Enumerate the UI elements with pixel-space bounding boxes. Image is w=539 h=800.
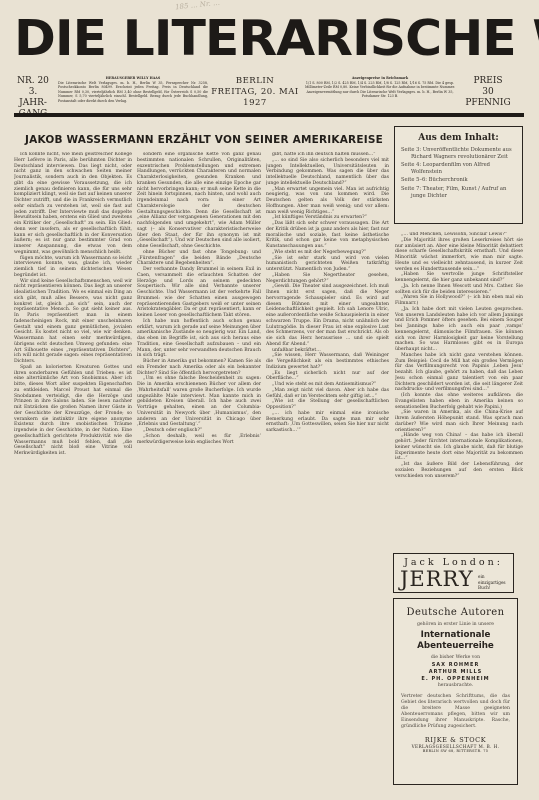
- ad-series-title: Internationale Abenteuerreihe: [394, 630, 517, 652]
- ad-series-title-2: Abenteuerreihe: [394, 641, 517, 652]
- article-paragraph: „Waren Sie in Hollywood?“ (– ich bin ebe…: [395, 295, 523, 307]
- article-paragraph: „Ja. Ich nenne Ihnen Wescott und Mrs. Ca…: [395, 284, 523, 296]
- article-paragraph: fügen möchte, warum ich Wassermann so le…: [14, 256, 132, 279]
- issue-year-1: 3. JAHR-: [14, 87, 52, 109]
- ad-author: SAX ROHMER: [394, 662, 517, 669]
- article-paragraph: Ich habe nun hoffentlich auch schon gena…: [137, 319, 261, 359]
- article-paragraph: „Und wie steht es mit dem Antisemitismus…: [266, 382, 389, 388]
- article-paragraph: „… so sind Sie also sicherlich besonders…: [266, 158, 389, 187]
- article-paragraph: „… ich habe mir einmal eine ironische Be…: [266, 411, 389, 434]
- article-paragraph: „Hände weg von China! – das habe ich übe…: [395, 433, 523, 462]
- article-paragraph: Spaß an kolorierten Kreaturen Gottes und…: [14, 365, 132, 457]
- dateline: BERLIN FREITAG, 20. MAI 1927: [210, 76, 300, 109]
- ad-abenteuerreihe: Deutsche Autoren gehören in erster Linie…: [393, 598, 518, 785]
- article-column-2: sondern eine organische Kette von ganz g…: [137, 152, 261, 792]
- article-paragraph: „Haben Sie wertvolle junge Schriftstelle…: [395, 272, 523, 284]
- ad-line-4: herausbrachte.: [394, 683, 517, 688]
- article-paragraph: „Sie waren in Amerika, als die China-Kri…: [395, 410, 523, 433]
- ad-body: Vertreter deutschen Schrifttums, die das…: [401, 694, 510, 730]
- contents-title: Aus dem Inhalt:: [395, 133, 522, 143]
- ad-jerry: Jack London: JERRY ein einzigartiges Buc…: [393, 553, 514, 593]
- ad-line-1: Deutsche Autoren: [394, 607, 517, 618]
- ad-publisher: RIJKE & STOCK: [394, 736, 517, 744]
- article-column-4: „… und Mencken, Lewisohn, Sinclair Lewis…: [395, 232, 523, 522]
- ad-series-title-1: Internationale: [394, 630, 517, 641]
- contents-item: Seite 4: Leopardenfilm von Alfred Wolfen…: [401, 162, 516, 175]
- contents-item: Seite 5–6: Bücherchronik: [401, 177, 516, 184]
- article-headline: JAKOB WASSERMANN ERZÄHLT VON SEINER AMER…: [14, 134, 394, 146]
- ad-author: E. PH. OPPENHEIM: [394, 676, 517, 683]
- article-paragraph: „Man zeigt nicht viel davon. Aber ich ha…: [266, 388, 389, 400]
- ad-rates-text: 1/1 S. 800 RM, 1/2 S. 425 RM, 1/4 S. 225…: [305, 81, 455, 99]
- masthead-rule: [14, 113, 524, 117]
- article-paragraph: „Das läßt sich sehr schwer voraussagen. …: [266, 221, 389, 250]
- article-paragraph: Wir sind keine Gesellschaftsmenschen, we…: [14, 279, 132, 365]
- contents-list: Seite 3: Unveröffentlichte Dokumente aus…: [395, 147, 522, 199]
- publisher-info: HERAUSGEBER WILLY HAAS Die Literarische …: [58, 76, 208, 103]
- dateline-city: BERLIN: [210, 76, 300, 87]
- article-paragraph: Ich könnte nicht, wie mein geistreicher …: [14, 152, 132, 256]
- article-paragraph: „Haben Sie Negertheater gesehen, Negerdi…: [266, 273, 389, 285]
- contents-item: Seite 7: Theater, Film, Kunst / Aufruf a…: [401, 186, 516, 199]
- article-paragraph: „Sie wissen, Herr Wassermann, daß Weinin…: [266, 353, 389, 370]
- article-paragraph: Bücher in Amerika gut bekommen? Kamen Si…: [137, 359, 261, 376]
- ad-line-2: gehören in erster Linie in unsere: [394, 622, 517, 627]
- contents-item: Seite 3: Unveröffentlichte Dokumente aus…: [401, 147, 516, 160]
- newspaper-page: 185 … Nr. … DIE LITERARISCHE WELT NR. 20…: [0, 0, 539, 800]
- issue-number: NR. 20: [14, 76, 52, 87]
- article-column-3: gibt, hätte ich ihn deutsch halten müsse…: [266, 152, 389, 792]
- article-paragraph: „Ja. Ich habe dort mit vielen Leuten ges…: [395, 307, 523, 353]
- dateline-date: FREITAG, 20. MAI: [210, 87, 300, 98]
- article-paragraph: „Sie ist sehr stark und wird von vielen …: [266, 256, 389, 273]
- ad-author: ARTHUR MILLS: [394, 669, 517, 676]
- ad-jerry-tagline: ein einzigartiges Buch!: [478, 574, 510, 591]
- article-paragraph: ohne Bücher und fast ohne Tongebung: und…: [137, 250, 261, 267]
- ad-authors: SAX ROHMER ARTHUR MILLS E. PH. OPPENHEIM: [394, 662, 517, 683]
- article-paragraph: „Man erwartet ungemein viel. Man ist auf…: [266, 187, 389, 216]
- article-paragraph: „Wie ist die Stellung der gesellschaftli…: [266, 399, 389, 411]
- publisher-text: Die Literarische Welt Verlagsges. m. b. …: [58, 81, 208, 104]
- article-paragraph: (Ich konnte das ohne weiteres aufklären:…: [395, 393, 523, 410]
- article-paragraph: Manches habe ich nicht ganz verstehen kö…: [395, 353, 523, 393]
- ad-line-3: die bisher Werke von: [394, 655, 517, 660]
- price: PREIS 30 PFENNIG: [458, 76, 518, 109]
- article-paragraph: „Gewiß. Die Theater sind ausgezeichnet. …: [266, 284, 389, 347]
- ad-rates: Anzeigenpreise in Reichsmark 1/1 S. 800 …: [305, 76, 455, 99]
- article-paragraph: „… und Mencken, Lewisohn, Sinclair Lewis…: [395, 232, 523, 238]
- dateline-year: 1927: [210, 98, 300, 109]
- masthead: DIE LITERARISCHE WELT: [14, 14, 539, 64]
- price-unit: PFENNIG: [458, 98, 518, 109]
- price-label: PREIS: [458, 76, 518, 87]
- article-column-1: Ich könnte nicht, wie mein geistreicher …: [14, 152, 132, 792]
- article-paragraph: gibt, hätte ich ihn deutsch halten müsse…: [266, 152, 389, 158]
- article-paragraph: „Die Majorität ihres großen Leserkreises…: [395, 238, 523, 273]
- ad-address: BERLIN SW 68, RITTERSTR. 75: [394, 749, 517, 753]
- article-paragraph: Der verbannte Dandy Brummel in seinem Ex…: [137, 267, 261, 319]
- article-paragraph: „Ist das äußere Bild der Lebensführung, …: [395, 462, 523, 479]
- article-paragraph: sondern eine organische Kette von ganz g…: [137, 152, 261, 250]
- article-paragraph: „Um es ohne falsche Bescheidenheit zu sa…: [137, 376, 261, 428]
- article-paragraph: „Es liegt sicherlich nicht nur auf der O…: [266, 371, 389, 383]
- article-paragraph: „Schon deshalb, weil es für ‚Erlebnis‘ m…: [137, 434, 261, 446]
- price-value: 30: [458, 87, 518, 98]
- ad-jerry-title: JERRY: [400, 568, 474, 590]
- contents-box: Aus dem Inhalt: Seite 3: Unveröffentlich…: [394, 126, 523, 224]
